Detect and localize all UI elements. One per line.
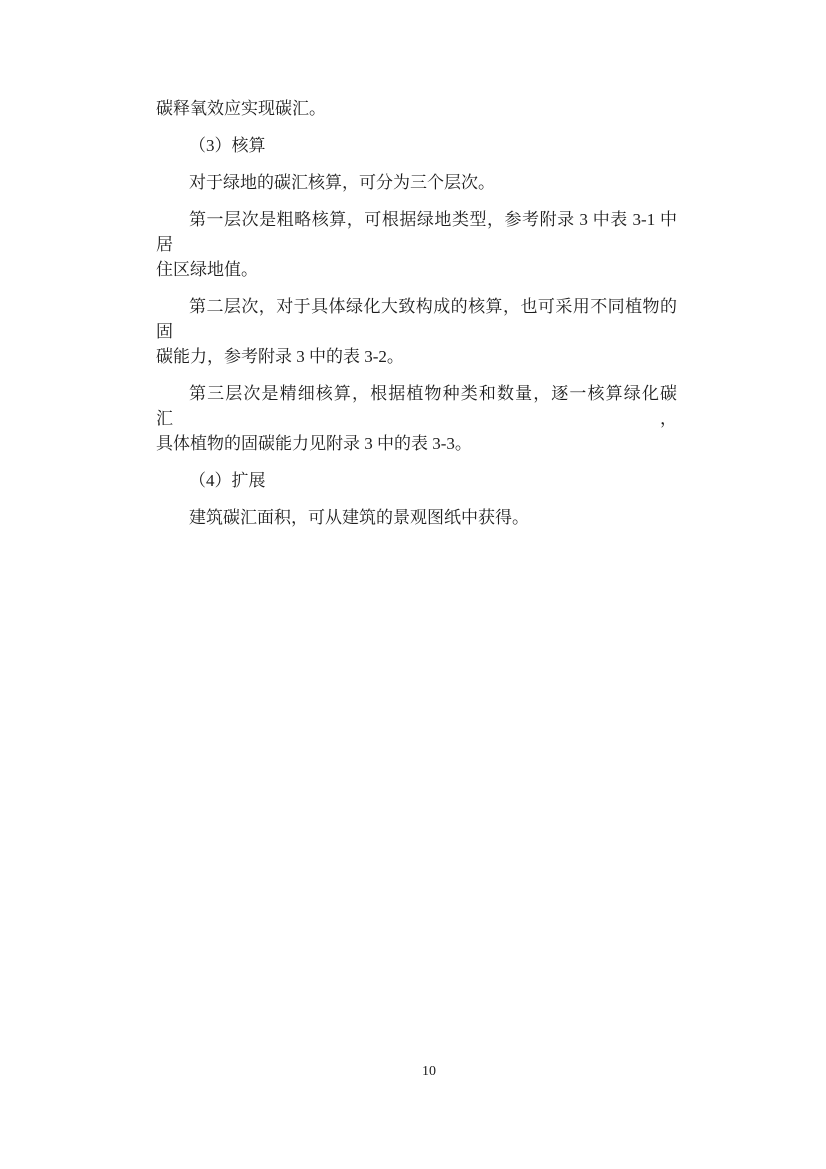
page-number: 10 <box>0 1062 826 1082</box>
text-line: 第三层次是精细核算，根据植物种类和数量，逐一核算绿化碳汇， <box>156 381 677 431</box>
paragraph: （4）扩展 <box>156 468 677 493</box>
paragraph: （3）核算 <box>156 133 677 158</box>
paragraph: 第二层次，对于具体绿化大致构成的核算，也可采用不同植物的固碳能力，参考附录 3 … <box>156 294 677 369</box>
document-body: 碳释氧效应实现碳汇。（3）核算对于绿地的碳汇核算，可分为三个层次。第一层次是粗略… <box>156 96 677 542</box>
text-line: 碳释氧效应实现碳汇。 <box>156 96 677 121</box>
text-line: 住区绿地值。 <box>156 257 677 282</box>
text-line: 第二层次，对于具体绿化大致构成的核算，也可采用不同植物的固 <box>156 294 677 344</box>
text-line: 建筑碳汇面积，可从建筑的景观图纸中获得。 <box>156 505 677 530</box>
text-line: （3）核算 <box>156 133 677 158</box>
text-line: 第一层次是粗略核算，可根据绿地类型，参考附录 3 中表 3-1 中居 <box>156 207 677 257</box>
text-line: 具体植物的固碳能力见附录 3 中的表 3-3。 <box>156 431 677 456</box>
paragraph: 碳释氧效应实现碳汇。 <box>156 96 677 121</box>
text-line: 碳能力，参考附录 3 中的表 3-2。 <box>156 344 677 369</box>
paragraph: 对于绿地的碳汇核算，可分为三个层次。 <box>156 170 677 195</box>
paragraph: 第一层次是粗略核算，可根据绿地类型，参考附录 3 中表 3-1 中居住区绿地值。 <box>156 207 677 282</box>
text-line: （4）扩展 <box>156 468 677 493</box>
document-page: 碳释氧效应实现碳汇。（3）核算对于绿地的碳汇核算，可分为三个层次。第一层次是粗略… <box>0 0 826 1169</box>
text-line: 对于绿地的碳汇核算，可分为三个层次。 <box>156 170 677 195</box>
paragraph: 建筑碳汇面积，可从建筑的景观图纸中获得。 <box>156 505 677 530</box>
paragraph: 第三层次是精细核算，根据植物种类和数量，逐一核算绿化碳汇，具体植物的固碳能力见附… <box>156 381 677 456</box>
